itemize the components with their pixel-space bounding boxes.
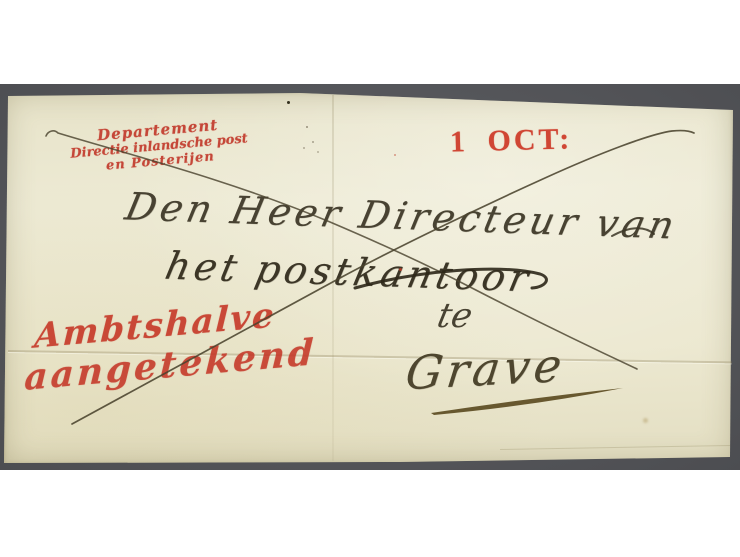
ink-speck-2 (306, 126, 308, 128)
ink-speck-1 (287, 101, 290, 104)
ink-speck-5 (317, 151, 319, 153)
red-speck-2 (394, 154, 396, 156)
foxing-spot-1 (643, 418, 648, 423)
date-stamp: 1 OCT: (450, 122, 573, 159)
ink-speck-3 (312, 141, 314, 143)
red-speck-1 (399, 268, 402, 271)
address-place-name: Grave (403, 338, 569, 401)
ink-speck-4 (303, 147, 305, 149)
page: Departement Directie inlandsche post en … (0, 0, 740, 557)
